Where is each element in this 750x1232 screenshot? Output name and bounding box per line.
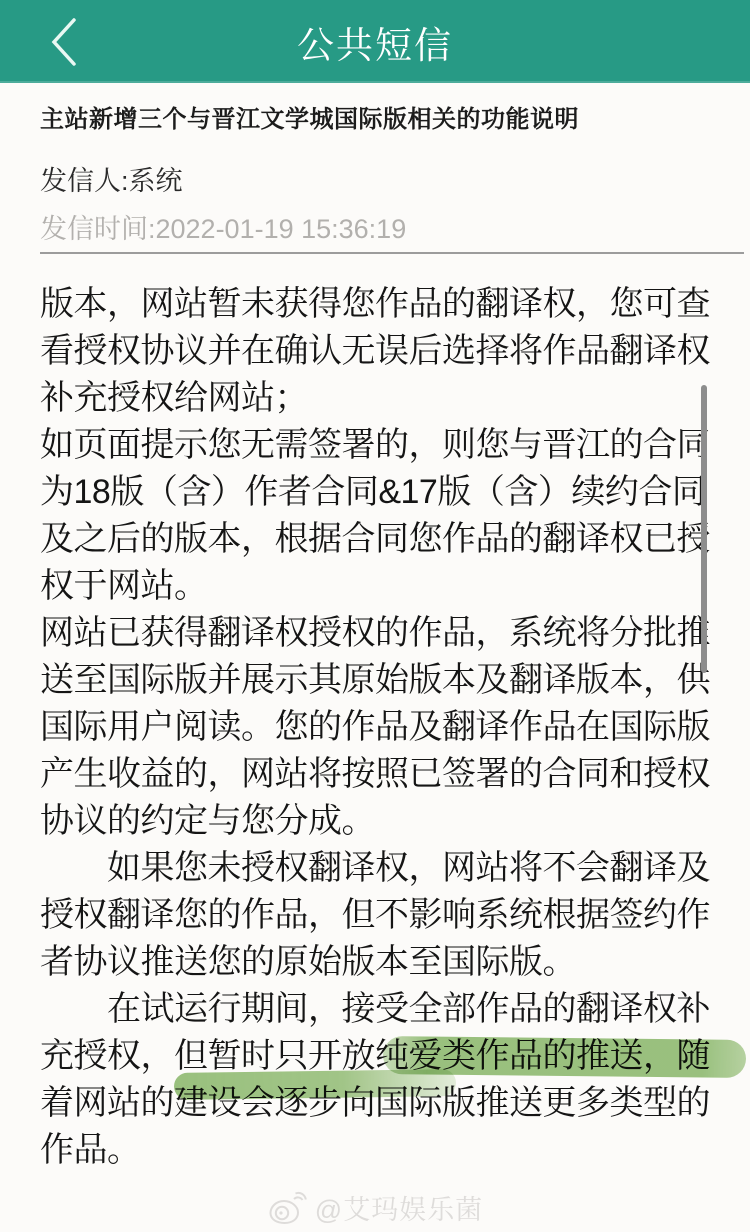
message-line: 补充授权给网站； [40, 375, 726, 422]
message-line: 着网站的建设会逐步向国际版推送更多类型的 [40, 1080, 726, 1127]
chevron-left-icon [50, 17, 80, 67]
app-header: 公共短信 [0, 0, 750, 83]
message-line: 及之后的版本，根据合同您作品的翻译权已授 [40, 516, 726, 563]
message-line: 者协议推送您的原始版本至国际版。 [40, 939, 726, 986]
back-button[interactable] [50, 12, 94, 72]
divider [40, 252, 744, 254]
watermark: @艾玛娱乐菌 [0, 1188, 750, 1227]
message-detail-screen: 公共短信 主站新增三个与晋江文学城国际版相关的功能说明 发信人:系统 发信时间:… [0, 0, 750, 1232]
header-title: 公共短信 [297, 15, 453, 69]
message-sender: 发信人:系统 [40, 159, 183, 198]
message-time: 发信时间:2022-01-19 15:36:19 [40, 207, 406, 246]
message-line: 充授权，但暂时只开放纯爱类作品的推送，随 [40, 1033, 726, 1080]
watermark-text: @艾玛娱乐菌 [315, 1188, 483, 1227]
message-line: 授权翻译您的作品，但不影响系统根据签约作 [40, 892, 726, 939]
message-line: 网站已获得翻译权授权的作品，系统将分批推 [40, 610, 726, 657]
message-body: 版本，网站暂未获得您作品的翻译权，您可查 看授权协议并在确认无误后选择将作品翻译… [40, 281, 726, 1174]
message-line: 在试运行期间，接受全部作品的翻译权补 [40, 986, 726, 1033]
message-line: 版本，网站暂未获得您作品的翻译权，您可查 [40, 281, 726, 328]
message-line: 如页面提示您无需签署的，则您与晋江的合同 [40, 422, 726, 469]
message-line: 权于网站。 [40, 563, 726, 610]
message-line: 协议的约定与您分成。 [40, 798, 726, 845]
message-line: 产生收益的，网站将按照已签署的合同和授权 [40, 751, 726, 798]
message-line: 国际用户阅读。您的作品及翻译作品在国际版 [40, 704, 726, 751]
message-subject: 主站新增三个与晋江文学城国际版相关的功能说明 [40, 99, 579, 134]
message-line: 送至国际版并展示其原始版本及翻译版本，供 [40, 657, 726, 704]
message-line: 作品。 [40, 1127, 726, 1174]
weibo-logo-icon [267, 1190, 307, 1226]
message-line: 看授权协议并在确认无误后选择将作品翻译权 [40, 328, 726, 375]
message-line: 如果您未授权翻译权，网站将不会翻译及 [40, 845, 726, 892]
message-line: 为18版（含）作者合同&17版（含）续约合同 [40, 469, 726, 516]
scrollbar-thumb[interactable] [701, 385, 707, 673]
